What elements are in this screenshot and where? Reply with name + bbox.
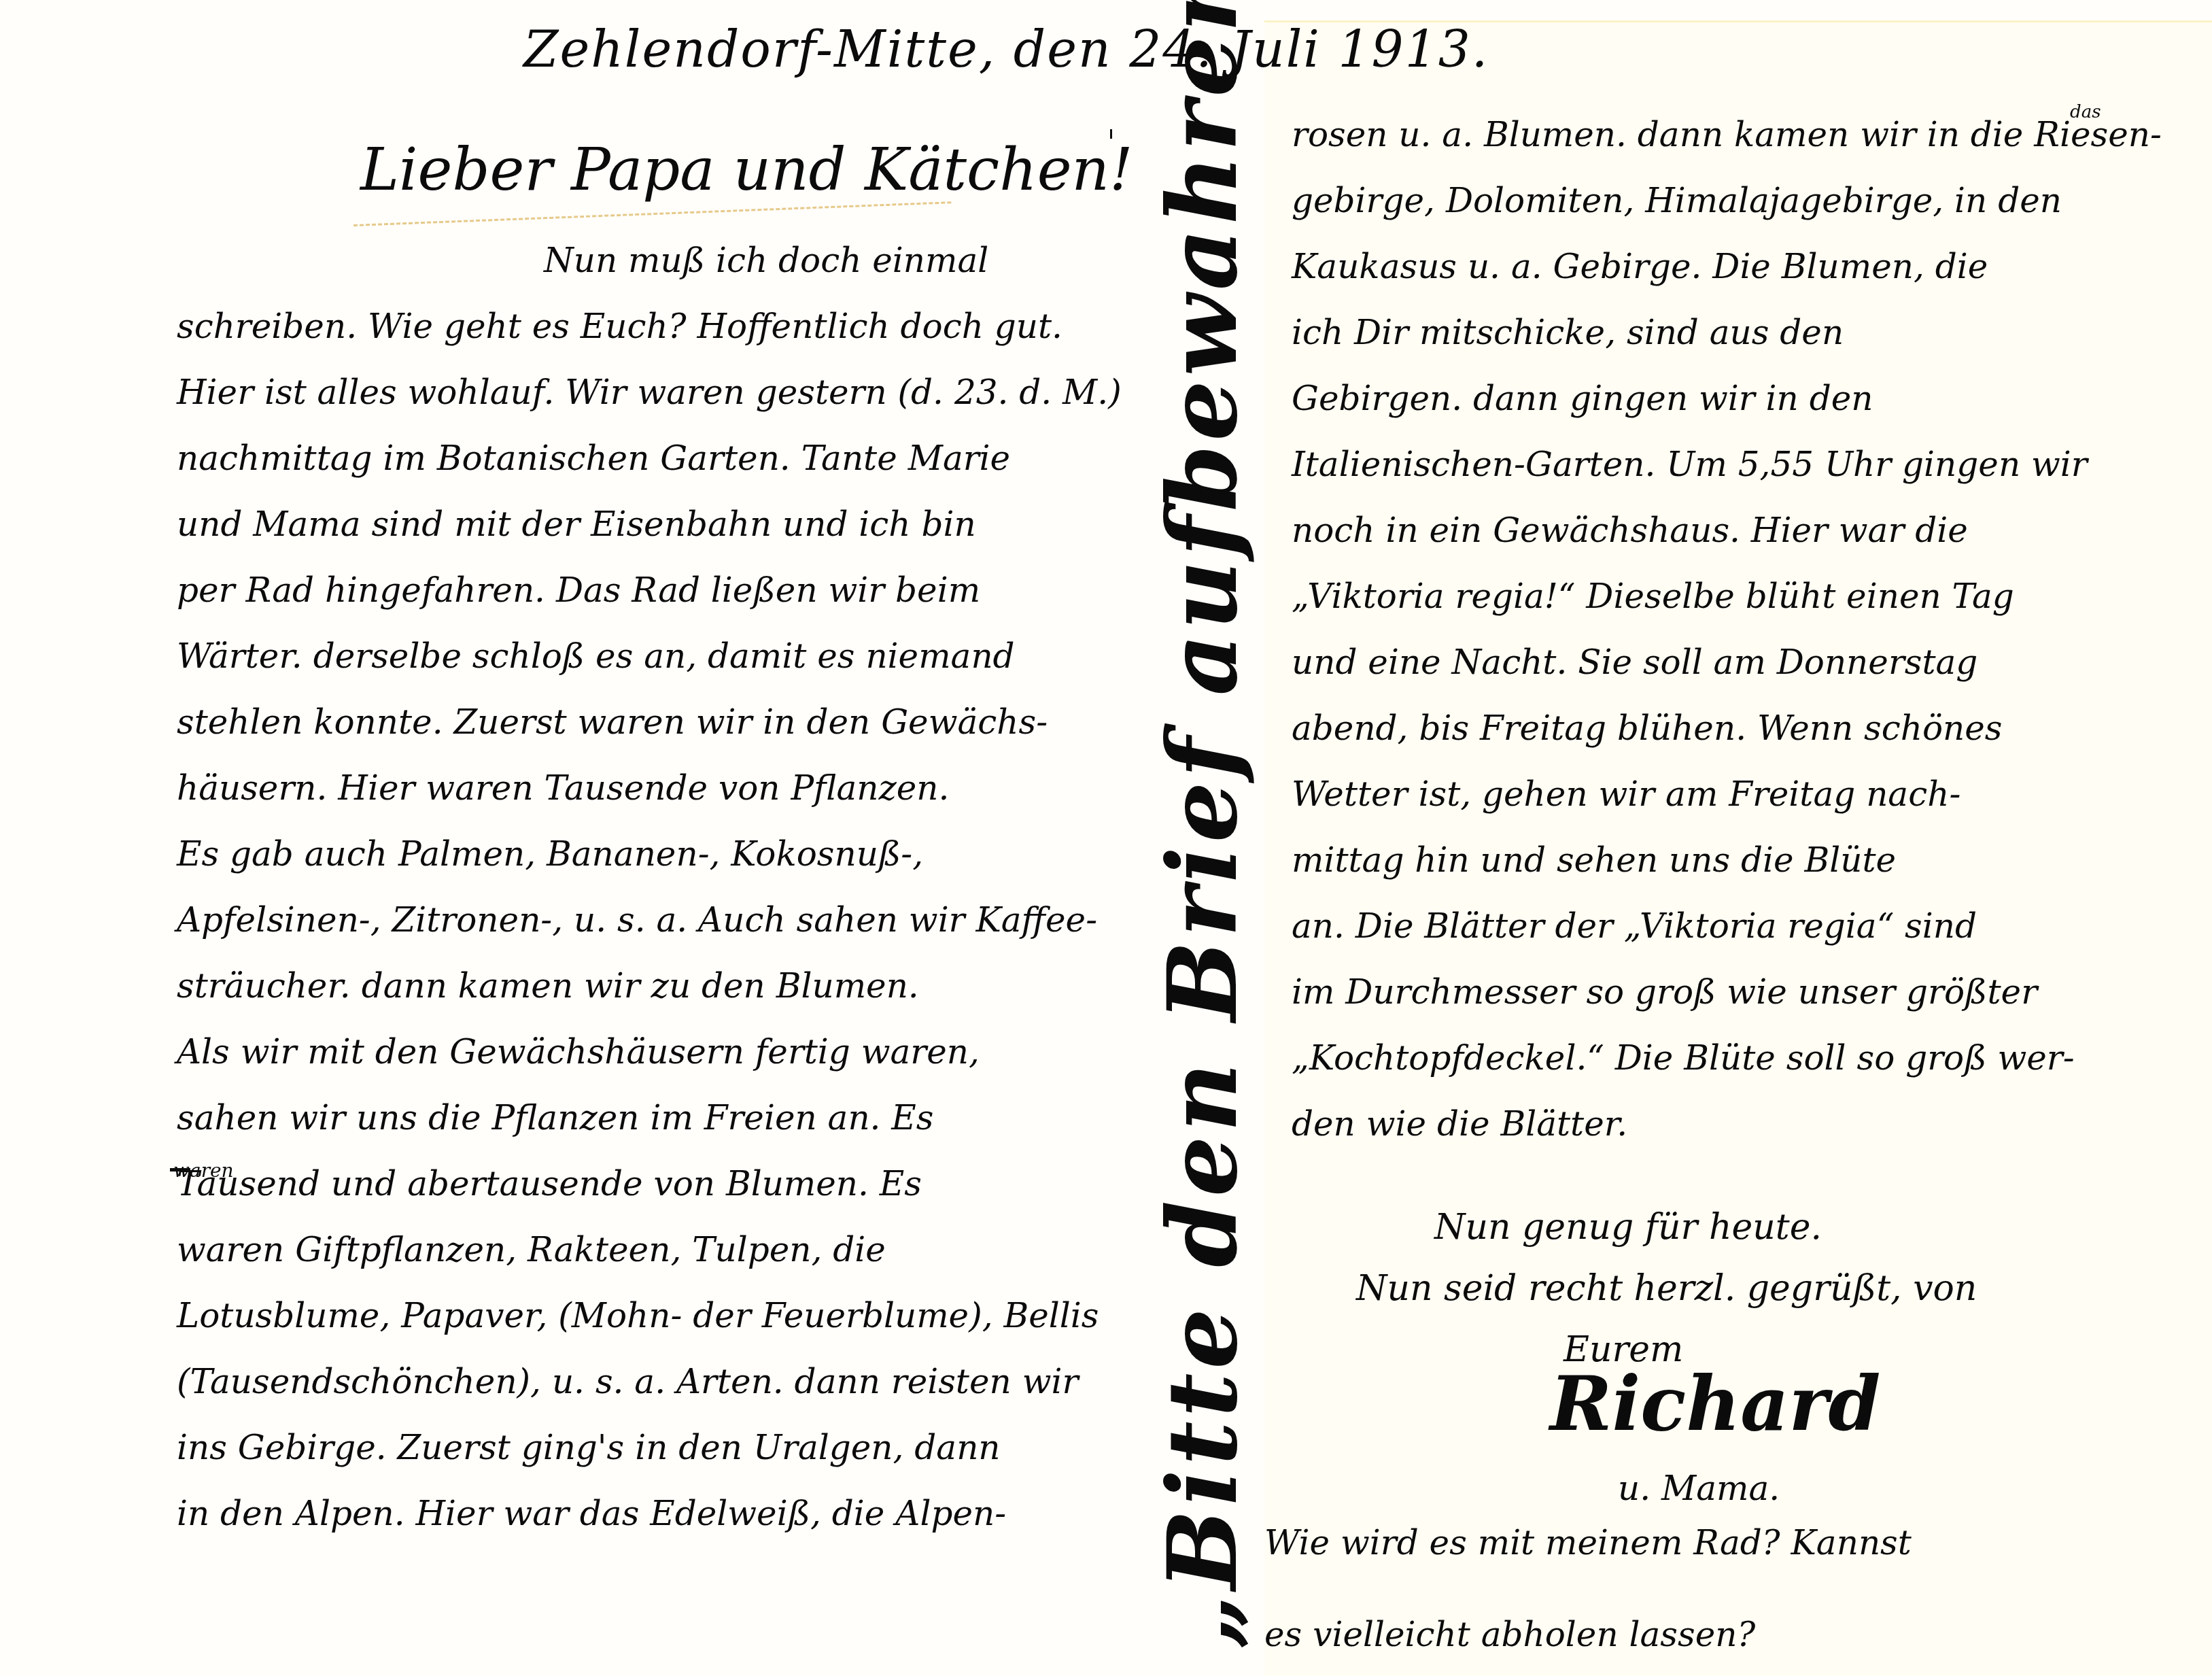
body-line: häusern. Hier waren Tausende von Pflanze…: [177, 755, 1088, 821]
body-line: Kaukasus u. a. Gebirge. Die Blumen, die: [1292, 234, 2196, 300]
insertion-note: waren: [173, 1159, 234, 1182]
body-line: Es gab auch Palmen, Bananen-, Kokosnuß-,: [177, 821, 1088, 887]
body-line: „Viktoria regia!“ Dieselbe blüht einen T…: [1292, 564, 2196, 630]
postscript-line: Wie wird es mit meinem Rad? Kannst: [1264, 1523, 1912, 1562]
body-line: Lotusblume, Papaver, (Mohn- der Feuerblu…: [177, 1283, 1088, 1349]
body-line: waren Giftpflanzen, Rakteen, Tulpen, die: [177, 1217, 1088, 1283]
body-line: schreiben. Wie geht es Euch? Hoffentlich…: [177, 294, 1088, 360]
body-line: Hier ist alles wohlauf. Wir waren gester…: [177, 360, 1088, 426]
body-line: Tausend und abertausende von Blumen. Es: [177, 1151, 1088, 1217]
letter-salutation: Lieber Papa und Kätchen!: [360, 136, 1133, 204]
body-line: den wie die Blätter.: [1292, 1091, 2196, 1157]
body-line: per Rad hingefahren. Das Rad ließen wir …: [177, 558, 1088, 623]
letter-dateline: Zehlendorf-Mitte, den 24. Juli 1913.: [523, 20, 1489, 79]
body-line: abend, bis Freitag blühen. Wenn schönes: [1292, 696, 2196, 762]
body-line: nachmittag im Botanischen Garten. Tante …: [177, 426, 1088, 492]
body-line: rosen u. a. Blumen. dann kamen wir in di…: [1292, 102, 2196, 168]
body-line: Als wir mit den Gewächshäusern fertig wa…: [177, 1019, 1088, 1085]
letter-body-right-column: rosen u. a. Blumen. dann kamen wir in di…: [1292, 102, 2196, 1157]
body-line: und eine Nacht. Sie soll am Donnerstag: [1292, 630, 2196, 696]
body-line: (Tausendschönchen), u. s. a. Arten. dann…: [177, 1349, 1088, 1415]
body-line: sahen wir uns die Pflanzen im Freien an.…: [177, 1085, 1088, 1151]
body-line: in den Alpen. Hier war das Edelweiß, die…: [177, 1481, 1088, 1547]
body-line: Apfelsinen-, Zitronen-, u. s. a. Auch sa…: [177, 887, 1088, 953]
body-line: noch in ein Gewächshaus. Hier war die: [1292, 498, 2196, 564]
body-line: Wetter ist, gehen wir am Freitag nach-: [1292, 762, 2196, 827]
body-line: an. Die Blätter der „Viktoria regia“ sin…: [1292, 893, 2196, 959]
signature-cosigner: u. Mama.: [1618, 1469, 1780, 1508]
body-line: gebirge, Dolomiten, Himalajagebirge, in …: [1292, 168, 2196, 234]
body-line: und Mama sind mit der Eisenbahn und ich …: [177, 492, 1088, 558]
margin-mark: [1110, 129, 1112, 139]
signature: Richard: [1550, 1360, 1880, 1448]
body-line: im Durchmesser so groß wie unser größter: [1292, 959, 2196, 1025]
body-line: sträucher. dann kamen wir zu den Blumen.: [177, 953, 1088, 1019]
postscript-line: es vielleicht abholen lassen?: [1264, 1615, 1755, 1654]
body-line: Gebirgen. dann gingen wir in den: [1292, 366, 2196, 432]
vertical-annotation: „Bitte den Brief aufbewahren!“: [1145, 51, 1261, 1649]
body-line: Italienischen-Garten. Um 5,55 Uhr gingen…: [1292, 432, 2196, 498]
closing-greeting: Nun seid recht herzl. gegrüßt, von: [1356, 1268, 1977, 1309]
letter-body-left-column: Nun muß ich doch einmal schreiben. Wie g…: [177, 228, 1088, 1547]
body-line: „Kochtopfdeckel.“ Die Blüte soll so groß…: [1292, 1025, 2196, 1091]
body-line: stehlen konnte. Zuerst waren wir in den …: [177, 689, 1088, 755]
body-line: ich Dir mitschicke, sind aus den: [1292, 300, 2196, 366]
closing-line: Nun genug für heute.: [1434, 1207, 1822, 1248]
body-line: mittag hin und sehen uns die Blüte: [1292, 827, 2196, 893]
body-line: Nun muß ich doch einmal: [177, 228, 1088, 294]
body-line: Wärter. derselbe schloß es an, damit es …: [177, 623, 1088, 689]
body-line: ins Gebirge. Zuerst ging's in den Uralge…: [177, 1415, 1088, 1481]
